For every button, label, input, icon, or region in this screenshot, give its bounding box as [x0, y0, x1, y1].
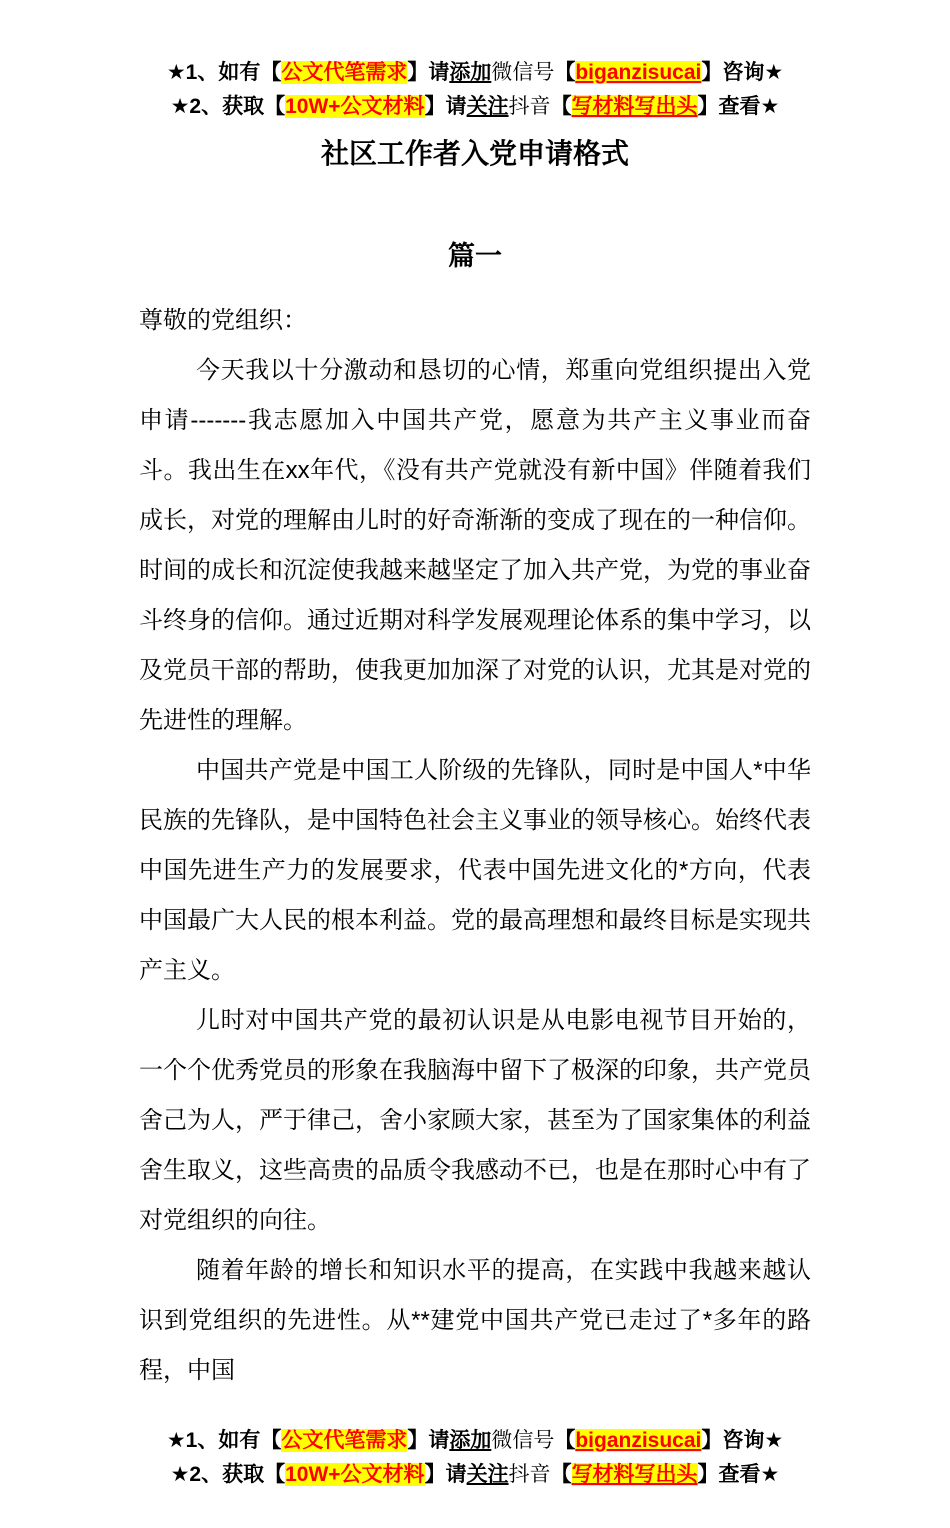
banner2-bracket: 【 [551, 1463, 572, 1486]
banner2-douyin-id: 写材料写出头 [572, 95, 698, 118]
promo-banner-line-2: ★2、获取【10W+公文材料】请关注抖音【写材料写出头】查看★ [139, 90, 811, 124]
document-body: 尊敬的党组织： 今天我以十分激动和恳切的心情，郑重向党组织提出入党申请-----… [139, 296, 811, 1396]
banner2-mid: 】请 [425, 95, 467, 118]
banner2-prefix: ★2、获取【 [171, 95, 286, 118]
section-heading: 篇一 [139, 236, 811, 276]
banner1-wechat-label: 微信号 [491, 1429, 554, 1452]
banner1-wechat-label: 微信号 [491, 61, 554, 84]
promo-banner-line-1: ★1、如有【公文代笔需求】请添加微信号【biganzisucai】咨询★ [139, 56, 811, 90]
banner1-highlight-service: 公文代笔需求 [281, 1429, 407, 1452]
banner1-underline-add: 添加 [449, 1429, 491, 1452]
document-title: 社区工作者入党申请格式 [139, 134, 811, 174]
banner2-mid: 】请 [425, 1463, 467, 1486]
banner2-douyin-id: 写材料写出头 [572, 1463, 698, 1486]
banner1-prefix: ★1、如有【 [167, 1429, 282, 1452]
banner1-mid: 】请 [407, 1429, 449, 1452]
banner2-suffix: 】查看★ [698, 1463, 780, 1486]
footer-promo-banner: ★1、如有【公文代笔需求】请添加微信号【biganzisucai】咨询★ ★2、… [139, 1424, 811, 1492]
banner2-prefix: ★2、获取【 [171, 1463, 286, 1486]
banner1-suffix: 】咨询★ [701, 1429, 783, 1452]
banner2-douyin-label: 抖音 [509, 95, 551, 118]
salutation: 尊敬的党组织： [139, 296, 811, 346]
banner1-wechat-id: biganzisucai [575, 61, 701, 84]
banner2-suffix: 】查看★ [698, 95, 780, 118]
banner2-highlight-material: 10W+公文材料 [285, 1463, 424, 1486]
paragraph-3: 儿时对中国共产党的最初认识是从电影电视节目开始的，一个个优秀党员的形象在我脑海中… [139, 996, 811, 1246]
paragraph-1: 今天我以十分激动和恳切的心情，郑重向党组织提出入党申请-------我志愿加入中… [139, 346, 811, 746]
banner2-underline-follow: 关注 [467, 95, 509, 118]
banner1-highlight-service: 公文代笔需求 [281, 61, 407, 84]
banner1-bracket: 【 [554, 1429, 575, 1452]
paragraph-2: 中国共产党是中国工人阶级的先锋队，同时是中国人*中华民族的先锋队，是中国特色社会… [139, 746, 811, 996]
promo-banner-line-1: ★1、如有【公文代笔需求】请添加微信号【biganzisucai】咨询★ [139, 1424, 811, 1458]
banner2-bracket: 【 [551, 95, 572, 118]
paragraph-4: 随着年龄的增长和知识水平的提高，在实践中我越来越认识到党组织的先进性。从**建党… [139, 1246, 811, 1396]
banner2-douyin-label: 抖音 [509, 1463, 551, 1486]
banner2-highlight-material: 10W+公文材料 [285, 95, 424, 118]
banner1-mid: 】请 [407, 61, 449, 84]
header-promo-banner: ★1、如有【公文代笔需求】请添加微信号【biganzisucai】咨询★ ★2、… [139, 56, 811, 124]
banner1-prefix: ★1、如有【 [167, 61, 282, 84]
banner1-suffix: 】咨询★ [701, 61, 783, 84]
document-page: ★1、如有【公文代笔需求】请添加微信号【biganzisucai】咨询★ ★2、… [0, 0, 950, 1528]
banner2-underline-follow: 关注 [467, 1463, 509, 1486]
banner1-bracket: 【 [554, 61, 575, 84]
promo-banner-line-2: ★2、获取【10W+公文材料】请关注抖音【写材料写出头】查看★ [139, 1458, 811, 1492]
banner1-wechat-id: biganzisucai [575, 1429, 701, 1452]
banner1-underline-add: 添加 [449, 61, 491, 84]
